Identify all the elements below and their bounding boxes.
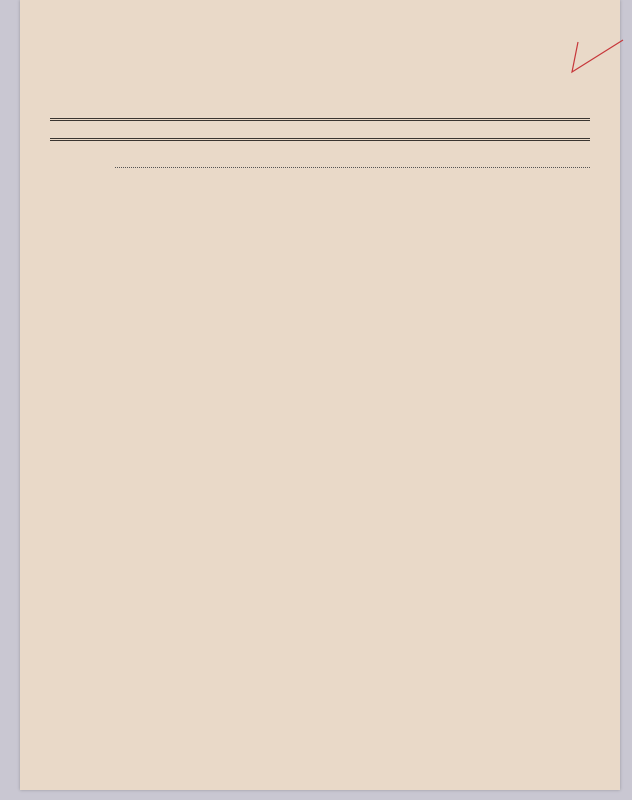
divider [50, 138, 590, 141]
dotted-line [115, 167, 590, 168]
census-schedule-sheet [20, 0, 620, 790]
red-check-mark-icon [568, 32, 628, 77]
divider [50, 118, 590, 121]
